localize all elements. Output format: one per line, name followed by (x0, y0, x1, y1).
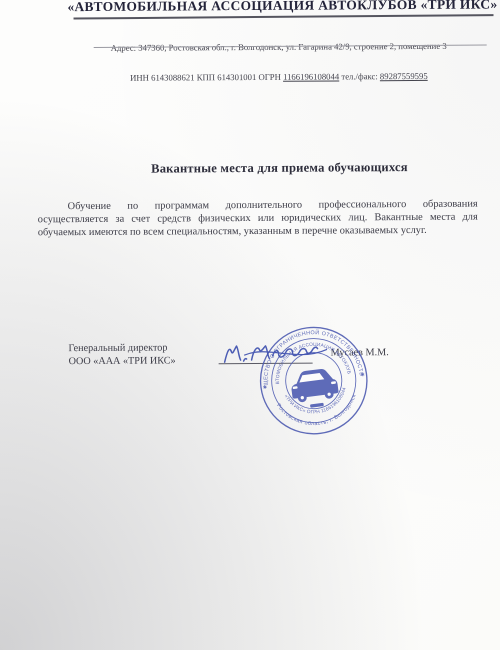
signature-svg (220, 336, 332, 371)
body-paragraph: Обучение по программам дополнительного п… (38, 199, 478, 240)
inn-kpp-ogrn-label: ИНН 6143088621 КПП 614301001 ОГРН (130, 72, 283, 83)
phone-label: тел./факс: (339, 71, 380, 81)
letterhead-requisites: Адрес: 347360, Ростовская обл., г. Волго… (59, 20, 499, 103)
document-sheet: «АВТОМОБИЛЬНАЯ АССОЦИАЦИЯ АВТОКЛУБОВ «ТР… (0, 0, 500, 650)
signer-position-line1: Генеральный директор (68, 341, 175, 355)
phone-number: 89287559595 (380, 71, 428, 81)
letterhead-requisites-line: ИНН 6143088621 КПП 614301001 ОГРН 116619… (59, 70, 499, 83)
signature-position-block: Генеральный директор ООО «ААА «ТРИ ИКС» (68, 341, 175, 368)
round-seal-stamp: ОБЩЕСТВО С ОГРАНИЧЕННОЙ ОТВЕТСТВЕННОСТЬЮ… (249, 316, 379, 446)
signer-position-line2: ООО «ААА «ТРИ ИКС» (69, 354, 176, 368)
document-title: Вакантные места для приема обучающихся (59, 159, 499, 177)
stamp-svg: ОБЩЕСТВО С ОГРАНИЧЕННОЙ ОТВЕТСТВЕННОСТЬЮ… (249, 316, 379, 446)
ogrn-number: 1166196108044 (283, 71, 339, 81)
scanned-document-page: «АВТОМОБИЛЬНАЯ АССОЦИАЦИЯ АВТОКЛУБОВ «ТР… (0, 0, 500, 650)
star-separator-right: ✱ (360, 372, 365, 378)
letterhead-divider-top (74, 14, 494, 19)
star-separator-left: ✱ (263, 385, 268, 391)
letterhead-org-name: «АВТОМОБИЛЬНАЯ АССОЦИАЦИЯ АВТОКЛУБОВ «ТР… (66, 0, 498, 15)
signature-handwriting (220, 336, 332, 371)
